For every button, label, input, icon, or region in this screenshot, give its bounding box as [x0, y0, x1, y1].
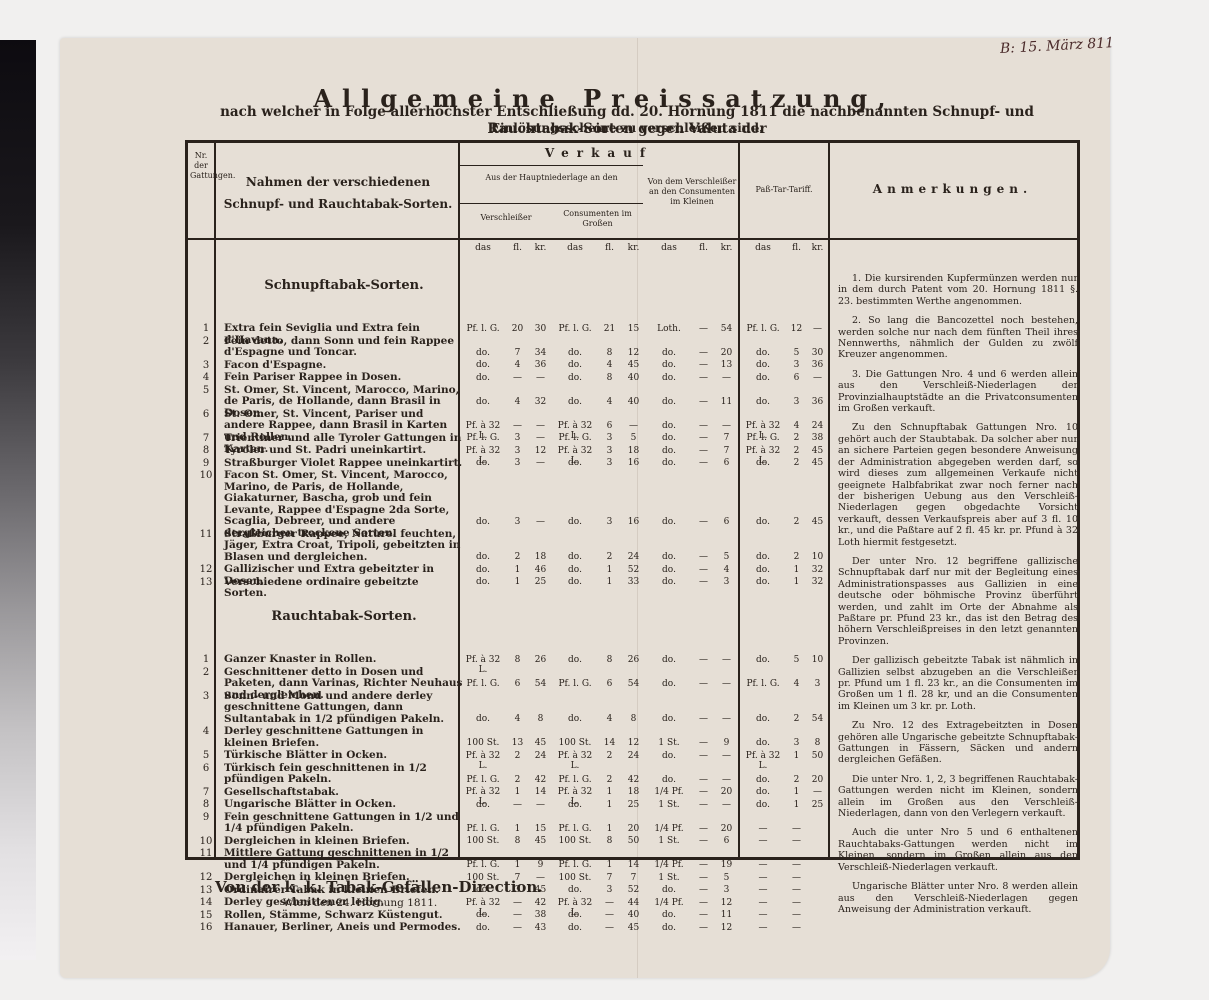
price-cell: 3 [506, 433, 529, 443]
price-cell: 12 [621, 348, 646, 358]
note-paragraph: 2. So lang die Bancozettel noch bestehen… [838, 315, 1078, 361]
price-cell: 8 [529, 714, 552, 724]
price-cell: 10 [807, 552, 828, 562]
price-cell: 14 [529, 787, 552, 797]
price-cell: 2 [598, 751, 621, 761]
price-cell: 4 [598, 397, 621, 407]
price-cell: Pf. l. G. [552, 860, 598, 870]
price-cell: 3 [598, 433, 621, 443]
price-cell: 8 [506, 655, 529, 665]
price-cell: do. [646, 885, 692, 895]
price-cell: do. [740, 373, 786, 383]
price-cell: do. [552, 885, 598, 895]
note-paragraph: Die unter Nro. 1, 2, 3 begriffenen Rauch… [838, 774, 1078, 820]
price-cell: do. [460, 923, 506, 933]
price-cell: do. [740, 738, 786, 748]
price-cell: 4 [506, 714, 529, 724]
row-number: 3 [196, 360, 216, 371]
price-cell: 12 [529, 446, 552, 456]
tobacco-name: Dergleichen in kleinen Briefen. [224, 836, 464, 848]
price-cell: 1 [506, 824, 529, 834]
row-number: 6 [196, 409, 216, 420]
price-cell: 8 [807, 738, 828, 748]
price-cell: 5 [715, 552, 738, 562]
price-cell: do. [460, 565, 506, 575]
price-cell: 5 [715, 873, 738, 883]
row-number: 9 [196, 458, 216, 469]
row-number: 2 [196, 336, 216, 347]
price-cell: 3 [506, 446, 529, 456]
price-cell: do. [646, 679, 692, 689]
subheader-2: kr. [529, 243, 552, 253]
price-cell: 2 [786, 775, 807, 785]
price-cell: 1 [506, 565, 529, 575]
price-cell: — [692, 898, 715, 908]
price-cell: 2 [506, 751, 529, 761]
price-cell: 20 [715, 348, 738, 358]
price-cell: — [598, 898, 621, 908]
price-cell: do. [646, 775, 692, 785]
tobacco-name: Straßburger Violet Rappee uneinkartirt. [224, 458, 464, 470]
price-cell: 30 [529, 324, 552, 334]
price-cell: 6 [598, 421, 621, 431]
price-cell: 21 [598, 324, 621, 334]
price-cell: 3 [598, 517, 621, 527]
row-number: 3 [196, 691, 216, 702]
price-cell: 11 [715, 910, 738, 920]
header-vom-verschleisser: Von dem Verschleißer an den Consumenten … [646, 177, 738, 207]
price-cell: 2 [506, 552, 529, 562]
price-cell: 4 [598, 360, 621, 370]
price-cell: — [692, 577, 715, 587]
price-cell: 20 [506, 324, 529, 334]
price-cell: 1 St. [646, 836, 692, 846]
tobacco-name: Verschiedene ordinaire gebeitzte Sorten. [224, 577, 464, 600]
price-cell: — [692, 775, 715, 785]
price-cell: do. [460, 348, 506, 358]
header-verschleisser: Verschleißer [460, 213, 552, 223]
price-cell: 42 [621, 775, 646, 785]
price-cell: — [692, 873, 715, 883]
price-cell: — [529, 433, 552, 443]
price-cell: 2 [786, 552, 807, 562]
price-cell: 2 [786, 517, 807, 527]
price-cell: do. [552, 565, 598, 575]
header-verkauf: Verkauf [460, 147, 738, 160]
price-cell: do. [460, 517, 506, 527]
price-cell: — [529, 800, 552, 810]
header-nr: Nr. der Gattungen. [190, 151, 212, 181]
price-cell: 4 [715, 565, 738, 575]
price-cell: — [715, 655, 738, 665]
price-cell: 25 [807, 800, 828, 810]
price-cell: — [692, 421, 715, 431]
price-cell: Pf. à 32 L. [460, 751, 506, 771]
price-cell: — [692, 836, 715, 846]
price-cell: do. [646, 373, 692, 383]
price-cell: do. [646, 923, 692, 933]
price-cell: Pf. l. G. [460, 433, 506, 443]
price-cell: 45 [807, 446, 828, 456]
price-cell: — [692, 458, 715, 468]
price-cell: 46 [529, 565, 552, 575]
price-cell: — [692, 348, 715, 358]
subheader-11: kr. [807, 243, 828, 253]
price-cell: 3 [598, 446, 621, 456]
price-cell: 54 [807, 714, 828, 724]
tobacco-name: Türkische Blätter in Ocken. [224, 750, 464, 762]
price-cell: 36 [807, 397, 828, 407]
price-cell: 6 [786, 373, 807, 383]
price-cell: — [786, 885, 807, 895]
price-cell: 1 [786, 800, 807, 810]
price-cell: 1 [598, 577, 621, 587]
tobacco-name: Tyroler und St. Padri uneinkartirt. [224, 445, 464, 457]
note-paragraph: 1. Die kursirenden Kupfermünzen werden n… [838, 273, 1078, 307]
tobacco-name: Rollen, Stämme, Schwarz Küstengut. [224, 910, 464, 922]
row-number: 10 [196, 470, 216, 481]
price-cell: 5 [786, 348, 807, 358]
price-cell: 7 [621, 873, 646, 883]
price-cell: 8 [506, 836, 529, 846]
tobacco-name: Fein geschnittene Gattungen in 1/2 und 1… [224, 812, 464, 835]
price-cell: — [598, 923, 621, 933]
price-cell: 1 [598, 787, 621, 797]
row-number: 6 [196, 763, 216, 774]
price-cell: do. [460, 458, 506, 468]
price-cell: 7 [506, 348, 529, 358]
price-cell: 15 [621, 324, 646, 334]
price-cell: 11 [715, 397, 738, 407]
note-paragraph: Zu den Schnupftabak Gattungen Nro. 10 ge… [838, 422, 1078, 547]
price-cell: do. [646, 577, 692, 587]
row-number: 12 [196, 564, 216, 575]
price-cell: 1 [786, 787, 807, 797]
price-cell: do. [552, 800, 598, 810]
price-cell: — [506, 421, 529, 431]
price-cell: do. [460, 910, 506, 920]
issuer: Von der k. k. Tabak-Gefällen-Direction. [215, 878, 543, 896]
price-cell: 8 [598, 373, 621, 383]
price-cell: — [692, 885, 715, 895]
price-cell: do. [740, 800, 786, 810]
tobacco-name: Türkisch fein geschnittenen in 1/2 pfünd… [224, 763, 464, 786]
price-cell: 44 [621, 898, 646, 908]
price-cell: do. [646, 446, 692, 456]
row-number: 15 [196, 910, 216, 921]
price-cell: — [692, 552, 715, 562]
price-cell: — [692, 787, 715, 797]
price-cell: — [786, 824, 807, 834]
price-cell: — [692, 655, 715, 665]
note-paragraph: Auch die unter Nro 5 und 6 enthaltenen R… [838, 827, 1078, 873]
price-cell: — [786, 910, 807, 920]
price-cell: — [692, 714, 715, 724]
notes-column: 1. Die kursirenden Kupfermünzen werden n… [838, 273, 1078, 923]
price-cell: do. [646, 565, 692, 575]
price-cell: 6 [598, 679, 621, 689]
price-cell: 8 [598, 836, 621, 846]
price-cell: Pf. l. G. [460, 775, 506, 785]
tobacco-name: Ungarische Blätter in Ocken. [224, 799, 464, 811]
price-cell: — [692, 860, 715, 870]
note-paragraph: Ungarische Blätter unter Nro. 8 werden a… [838, 881, 1078, 915]
price-cell: 13 [715, 360, 738, 370]
price-cell: 25 [529, 577, 552, 587]
header-pass-tariff: Paß-Tar-Tariff. [740, 185, 828, 195]
tobacco-name: Hanauer, Berliner, Aneis und Permodes. [224, 922, 464, 934]
price-cell: 1 St. [646, 738, 692, 748]
price-cell: 42 [529, 898, 552, 908]
price-cell: do. [552, 714, 598, 724]
price-cell: — [621, 421, 646, 431]
price-cell: Pf. l. G. [460, 860, 506, 870]
price-cell: — [692, 679, 715, 689]
price-cell: 1 [598, 800, 621, 810]
section-title: Schnupftabak-Sorten. [224, 278, 464, 293]
price-cell: 4 [506, 397, 529, 407]
row-number: 2 [196, 667, 216, 678]
price-cell: 26 [621, 655, 646, 665]
price-cell: 45 [807, 517, 828, 527]
price-cell: — [786, 860, 807, 870]
tobacco-name: Ganzer Knaster in Rollen. [224, 654, 464, 666]
price-cell: do. [552, 348, 598, 358]
price-cell: 38 [529, 910, 552, 920]
price-cell: 6 [715, 836, 738, 846]
price-cell: 100 St. [552, 873, 598, 883]
price-cell: 16 [621, 458, 646, 468]
price-cell: 3 [786, 360, 807, 370]
price-cell: 2 [506, 775, 529, 785]
price-cell: 15 [529, 824, 552, 834]
price-cell: — [506, 800, 529, 810]
price-cell: — [506, 373, 529, 383]
header-name: Nahmen der verschiedenen Schnupf- und Ra… [218, 171, 458, 215]
price-cell: 100 St. [460, 836, 506, 846]
price-cell: 7 [598, 873, 621, 883]
price-cell: — [529, 373, 552, 383]
price-cell: 100 St. [552, 738, 598, 748]
row-number: 11 [196, 529, 216, 540]
price-cell: 12 [715, 923, 738, 933]
price-cell: 45 [529, 836, 552, 846]
row-number: 9 [196, 812, 216, 823]
price-cell: Pf. l. G. [552, 679, 598, 689]
price-cell: — [692, 751, 715, 761]
price-cell: do. [646, 910, 692, 920]
price-cell: do. [646, 421, 692, 431]
price-cell: 7 [715, 446, 738, 456]
price-cell: 24 [621, 751, 646, 761]
price-cell: 20 [621, 824, 646, 834]
price-cell: 40 [621, 373, 646, 383]
price-cell: do. [646, 517, 692, 527]
price-cell: do. [552, 655, 598, 665]
subheader-9: das [740, 243, 786, 253]
row-number: 7 [196, 433, 216, 444]
row-number: 8 [196, 445, 216, 456]
price-cell: 3 [807, 679, 828, 689]
price-cell: do. [740, 517, 786, 527]
price-cell: do. [646, 751, 692, 761]
price-cell: do. [460, 800, 506, 810]
price-cell: 24 [621, 552, 646, 562]
price-cell: 18 [621, 446, 646, 456]
subheader-10: fl. [786, 243, 807, 253]
price-cell: 34 [529, 348, 552, 358]
price-cell: — [715, 421, 738, 431]
price-cell: do. [552, 910, 598, 920]
price-cell: 25 [621, 800, 646, 810]
price-cell: — [692, 446, 715, 456]
price-cell: 50 [621, 836, 646, 846]
price-cell: 26 [529, 655, 552, 665]
note-paragraph: 3. Die Gattungen Nro. 4 und 6 werden all… [838, 369, 1078, 415]
price-cell: do. [646, 360, 692, 370]
row-number: 4 [196, 726, 216, 737]
price-cell: do. [646, 552, 692, 562]
price-cell: do. [552, 373, 598, 383]
price-cell: Pf. l. G. [460, 679, 506, 689]
price-cell: 24 [807, 421, 828, 431]
price-cell: Pf. à 32 L. [552, 751, 598, 771]
price-cell: 38 [807, 433, 828, 443]
price-cell: do. [646, 655, 692, 665]
issue-date: Wien den 24. Hornung 1811. [283, 897, 437, 909]
price-cell: do. [552, 458, 598, 468]
row-number: 10 [196, 836, 216, 847]
row-number: 1 [196, 323, 216, 334]
header-anmerkungen: Anmerkungen. [830, 183, 1075, 196]
subheader-8: kr. [715, 243, 738, 253]
price-cell: — [506, 923, 529, 933]
row-number: 7 [196, 787, 216, 798]
price-cell: — [692, 397, 715, 407]
price-cell: 9 [715, 738, 738, 748]
price-cell: — [692, 517, 715, 527]
price-cell: do. [646, 433, 692, 443]
price-cell: 24 [529, 751, 552, 761]
price-cell: 40 [621, 397, 646, 407]
price-cell: 45 [621, 923, 646, 933]
price-cell: do. [460, 714, 506, 724]
price-cell: do. [646, 714, 692, 724]
price-cell: 3 [506, 517, 529, 527]
price-cell: Pf. l. G. [552, 775, 598, 785]
price-cell: do. [552, 517, 598, 527]
price-cell: 42 [529, 775, 552, 785]
price-cell: 20 [715, 824, 738, 834]
price-cell: — [807, 324, 828, 334]
price-cell: 4 [598, 714, 621, 724]
price-cell: 20 [807, 775, 828, 785]
price-cell: 2 [786, 446, 807, 456]
price-cell: 1 [598, 860, 621, 870]
price-cell: 2 [598, 775, 621, 785]
subheader-1: fl. [506, 243, 529, 253]
price-cell: — [715, 679, 738, 689]
price-cell: 16 [621, 517, 646, 527]
color-calibration-strip [0, 40, 36, 960]
price-cell: do. [740, 577, 786, 587]
price-cell: — [740, 898, 786, 908]
price-cell: do. [646, 458, 692, 468]
price-cell: — [692, 324, 715, 334]
price-cell: 1 St. [646, 800, 692, 810]
row-number: 12 [196, 872, 216, 883]
price-cell: Pf. l. G. [740, 324, 786, 334]
price-cell: 3 [506, 458, 529, 468]
price-cell: 12 [621, 738, 646, 748]
tobacco-name: Fein Pariser Rappee in Dosen. [224, 372, 464, 384]
price-cell: — [529, 458, 552, 468]
price-cell: — [692, 800, 715, 810]
tobacco-name: Straßburger Rappee, Naturel feuchten, Jä… [224, 529, 464, 564]
price-cell: 40 [621, 910, 646, 920]
note-paragraph: Der unter Nro. 12 begriffene gallizische… [838, 556, 1078, 647]
price-cell: 7 [715, 433, 738, 443]
price-cell: — [740, 910, 786, 920]
price-cell: — [692, 910, 715, 920]
price-cell: — [740, 860, 786, 870]
price-cell: — [740, 885, 786, 895]
price-cell: 4 [786, 421, 807, 431]
price-cell: 1 [598, 824, 621, 834]
price-cell: 100 St. [552, 836, 598, 846]
price-cell: 4 [506, 360, 529, 370]
price-cell: do. [552, 923, 598, 933]
row-number: 5 [196, 750, 216, 761]
price-cell: do. [740, 565, 786, 575]
price-cell: 6 [715, 517, 738, 527]
price-cell: do. [740, 397, 786, 407]
price-cell: 1 [506, 787, 529, 797]
price-cell: 6 [715, 458, 738, 468]
price-cell: — [807, 787, 828, 797]
price-cell: do. [740, 714, 786, 724]
price-cell: 2 [786, 714, 807, 724]
price-cell: 3 [598, 885, 621, 895]
price-cell: 3 [715, 577, 738, 587]
tobacco-name: Gesellschaftstabak. [224, 787, 464, 799]
price-cell: — [506, 910, 529, 920]
price-cell: 36 [529, 360, 552, 370]
price-cell: Pf. à 32 L. [460, 655, 506, 675]
price-cell: do. [552, 360, 598, 370]
price-cell: 4 [786, 679, 807, 689]
price-cell: do. [740, 360, 786, 370]
price-cell: 1/4 Pf. [646, 787, 692, 797]
tobacco-name: Mittlere Gattung geschnittenen in 1/2 un… [224, 848, 464, 871]
price-cell: do. [646, 397, 692, 407]
price-cell: — [786, 923, 807, 933]
price-cell: 45 [621, 360, 646, 370]
price-cell: 3 [715, 885, 738, 895]
price-cell: 8 [598, 655, 621, 665]
price-cell: 10 [807, 655, 828, 665]
price-cell: 2 [786, 458, 807, 468]
row-number: 1 [196, 654, 216, 665]
price-cell: do. [740, 775, 786, 785]
row-number: 8 [196, 799, 216, 810]
price-cell: — [715, 775, 738, 785]
price-cell: 1/4 Pf. [646, 824, 692, 834]
price-cell: 32 [529, 397, 552, 407]
document-subtitle-2: Einlösungsscheine zu verschleißen sind. [172, 121, 1082, 135]
price-cell: 9 [529, 860, 552, 870]
price-cell: 1 [786, 751, 807, 761]
